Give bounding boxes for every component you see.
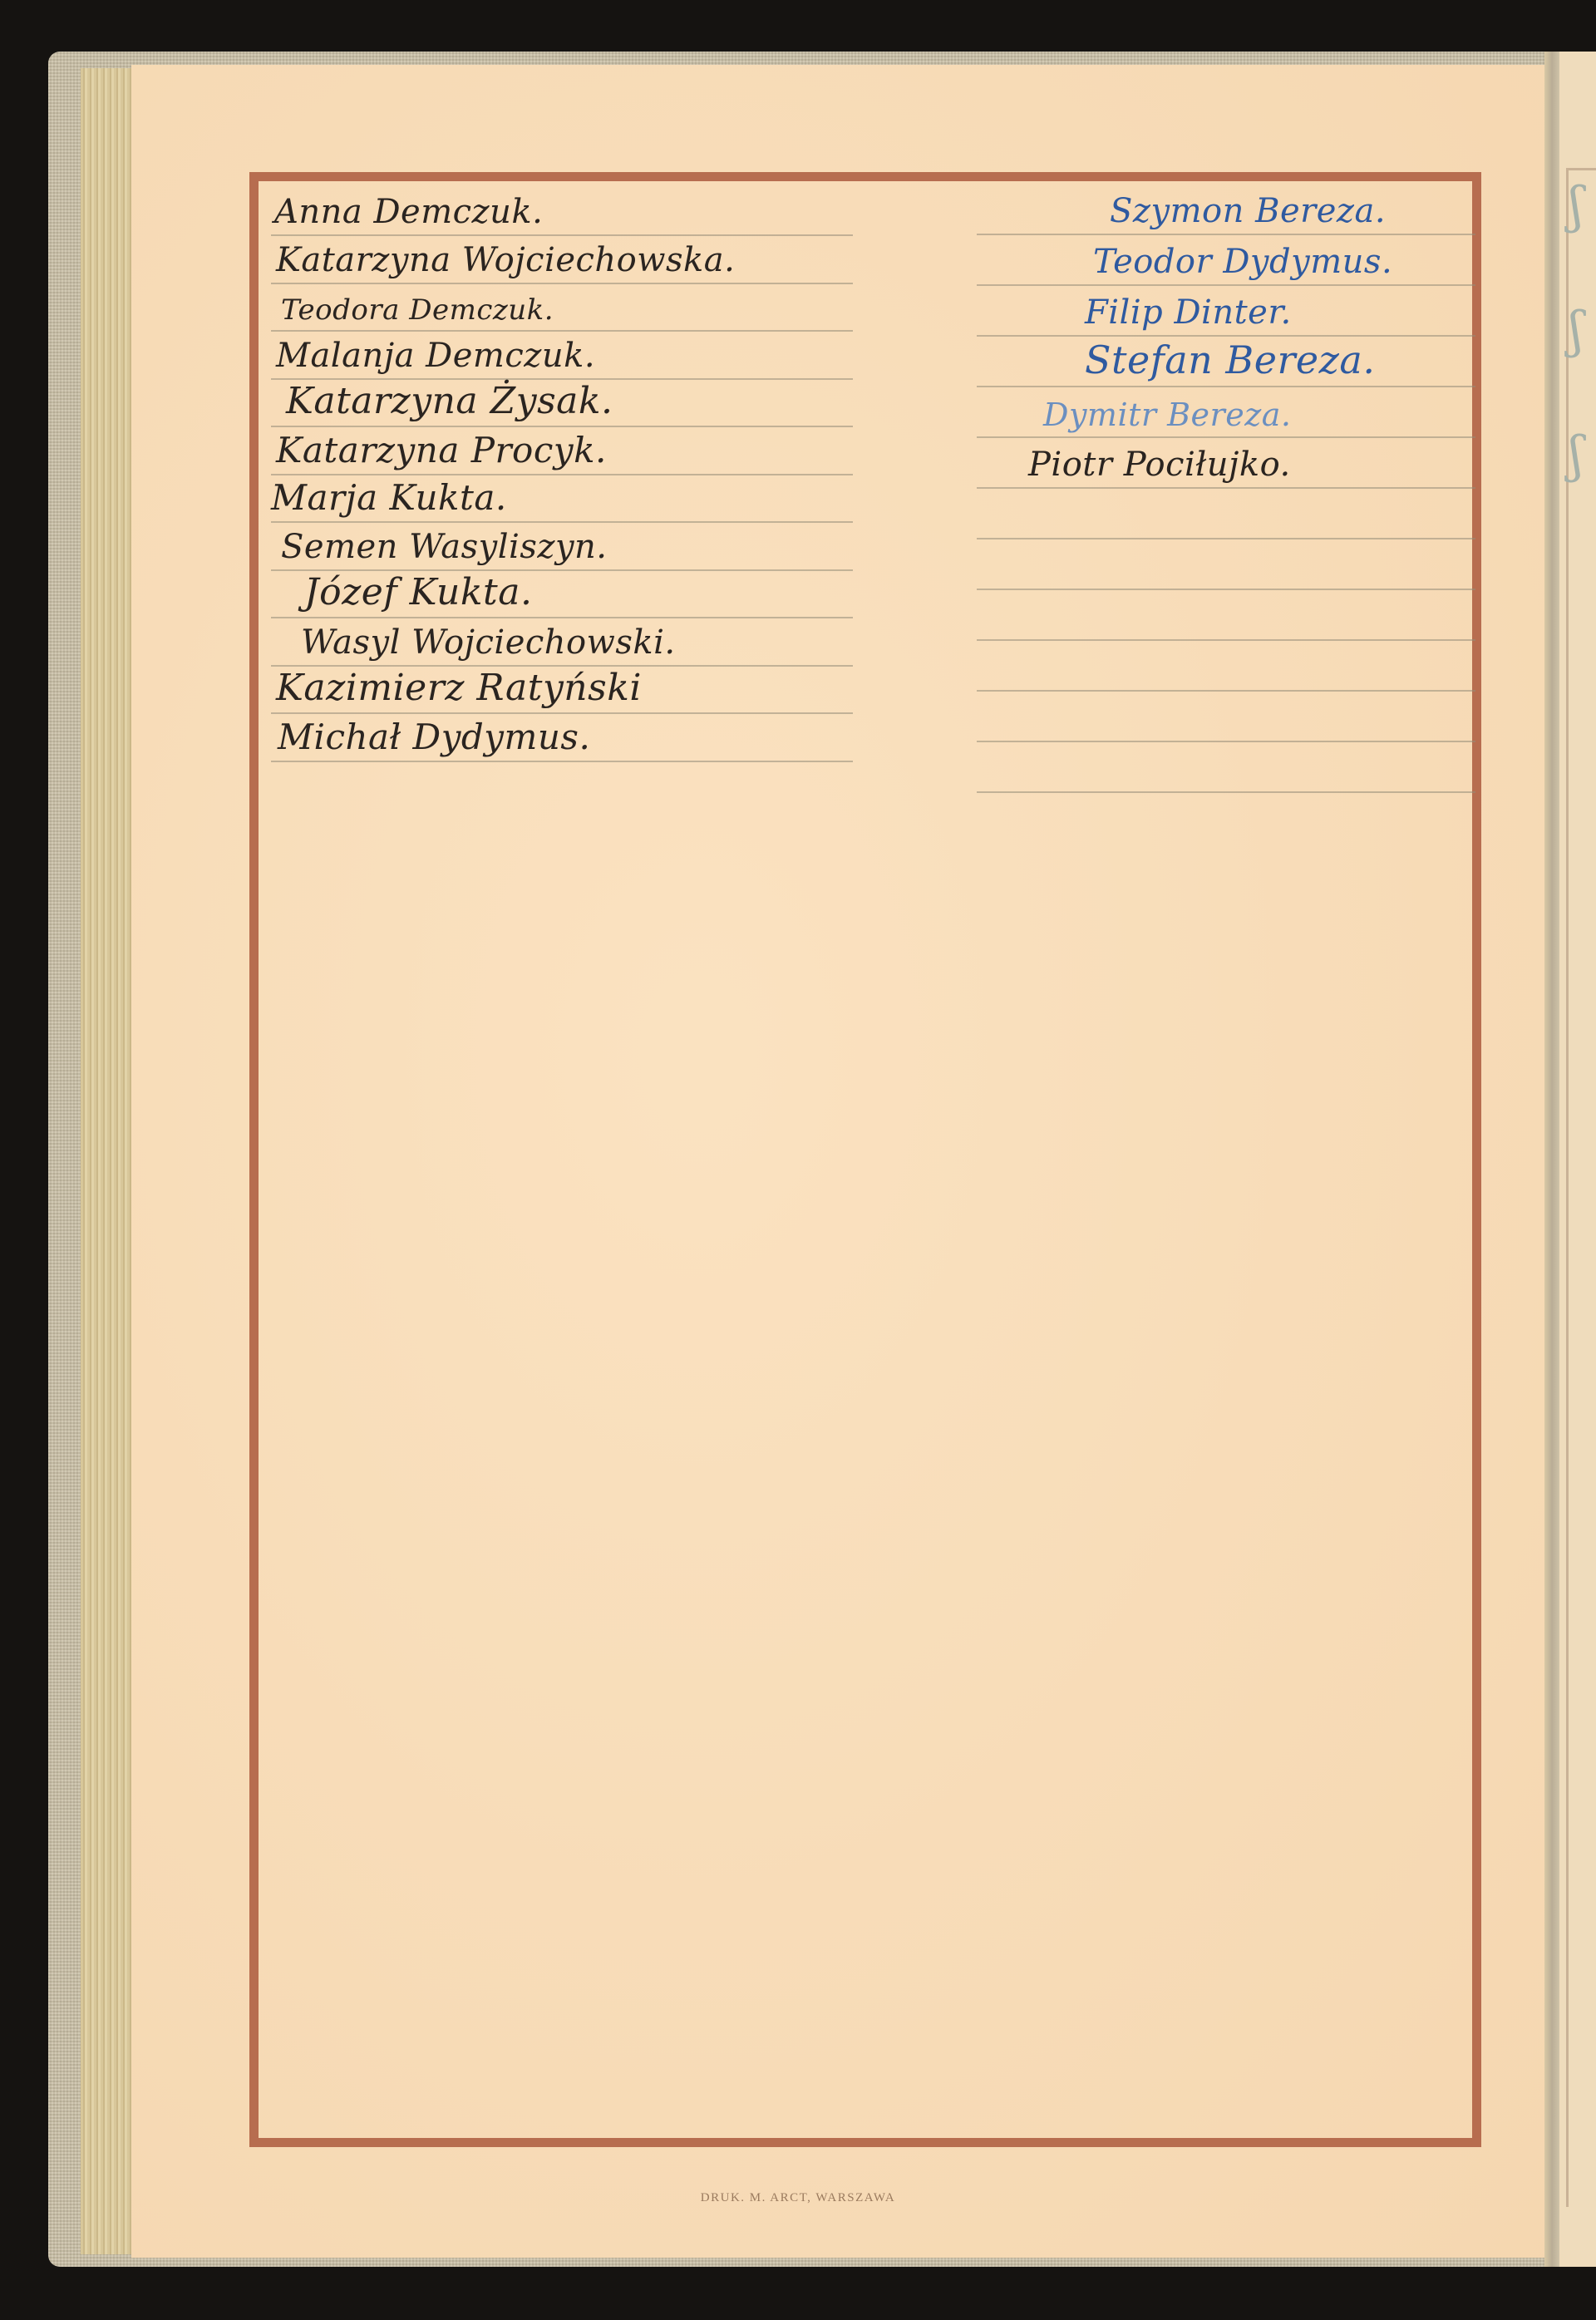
name-entry: Szymon Bereza. <box>1110 192 1386 230</box>
list-item: Dymitr Bereza. <box>977 387 1475 438</box>
list-item: Filip Dinter. <box>977 286 1475 337</box>
name-entry: Semen Wasyliszyn. <box>281 528 608 566</box>
empty-ruled-line <box>977 590 1475 641</box>
list-item: Marja Kukta. <box>271 475 853 524</box>
decorative-ornament-icon: ʃ <box>1569 426 1583 484</box>
list-item: Katarzyna Żysak. <box>271 380 853 428</box>
list-item: Michał Dydymus. <box>271 714 853 762</box>
name-entry: Katarzyna Wojciechowska. <box>276 241 735 279</box>
name-entry: Malanja Demczuk. <box>276 337 595 375</box>
empty-ruled-line <box>977 539 1475 590</box>
list-item: Szymon Bereza. <box>977 185 1475 235</box>
name-entry: Dymitr Bereza. <box>1043 397 1291 433</box>
decorative-ornament-icon: ʃ <box>1569 301 1583 359</box>
list-item: Kazimierz Ratyński <box>271 667 853 715</box>
list-item: Malanja Demczuk. <box>271 332 853 380</box>
list-item: Teodora Demczuk. <box>271 284 853 332</box>
list-item: Katarzyna Wojciechowska. <box>271 236 853 284</box>
decorative-ornament-icon: ʃ <box>1569 176 1583 234</box>
list-item: Teodor Dydymus. <box>977 235 1475 286</box>
name-entry: Katarzyna Procyk. <box>276 430 607 470</box>
empty-ruled-line <box>977 692 1475 742</box>
printer-imprint: DRUK. M. ARCT, WARSZAWA <box>0 2191 1596 2205</box>
list-item: Anna Demczuk. <box>271 185 853 236</box>
name-entry: Wasyl Wojciechowski. <box>301 623 676 662</box>
page-edges <box>81 68 132 2254</box>
name-entry: Stefan Bereza. <box>1085 337 1375 382</box>
name-entry: Piotr Pociłujko. <box>1028 446 1291 484</box>
name-entry: Filip Dinter. <box>1085 293 1292 332</box>
adjacent-page-edge: ʃ ʃ ʃ <box>1559 52 1596 2267</box>
name-entry: Anna Demczuk. <box>274 193 543 231</box>
list-item: Józef Kukta. <box>271 571 853 619</box>
list-item: Katarzyna Procyk. <box>271 427 853 475</box>
name-entry: Katarzyna Żysak. <box>286 380 613 422</box>
list-item: Stefan Bereza. <box>977 337 1475 387</box>
empty-ruled-line <box>977 489 1475 539</box>
name-entry: Marja Kukta. <box>271 477 507 518</box>
list-item: Wasyl Wojciechowski. <box>271 618 853 667</box>
list-item: Piotr Pociłujko. <box>977 438 1475 489</box>
names-column-left: Anna Demczuk. Katarzyna Wojciechowska. T… <box>271 185 853 762</box>
name-entry: Teodor Dydymus. <box>1093 243 1392 281</box>
name-entry: Michał Dydymus. <box>278 717 590 757</box>
empty-ruled-line <box>977 742 1475 793</box>
name-entry: Kazimierz Ratyński <box>276 667 642 709</box>
book-gutter <box>1544 52 1559 2267</box>
names-column-right: Szymon Bereza. Teodor Dydymus. Filip Din… <box>977 185 1475 793</box>
list-item: Semen Wasyliszyn. <box>271 523 853 571</box>
name-entry: Józef Kukta. <box>304 571 532 613</box>
empty-ruled-line <box>977 641 1475 692</box>
name-entry: Teodora Demczuk. <box>281 293 554 327</box>
